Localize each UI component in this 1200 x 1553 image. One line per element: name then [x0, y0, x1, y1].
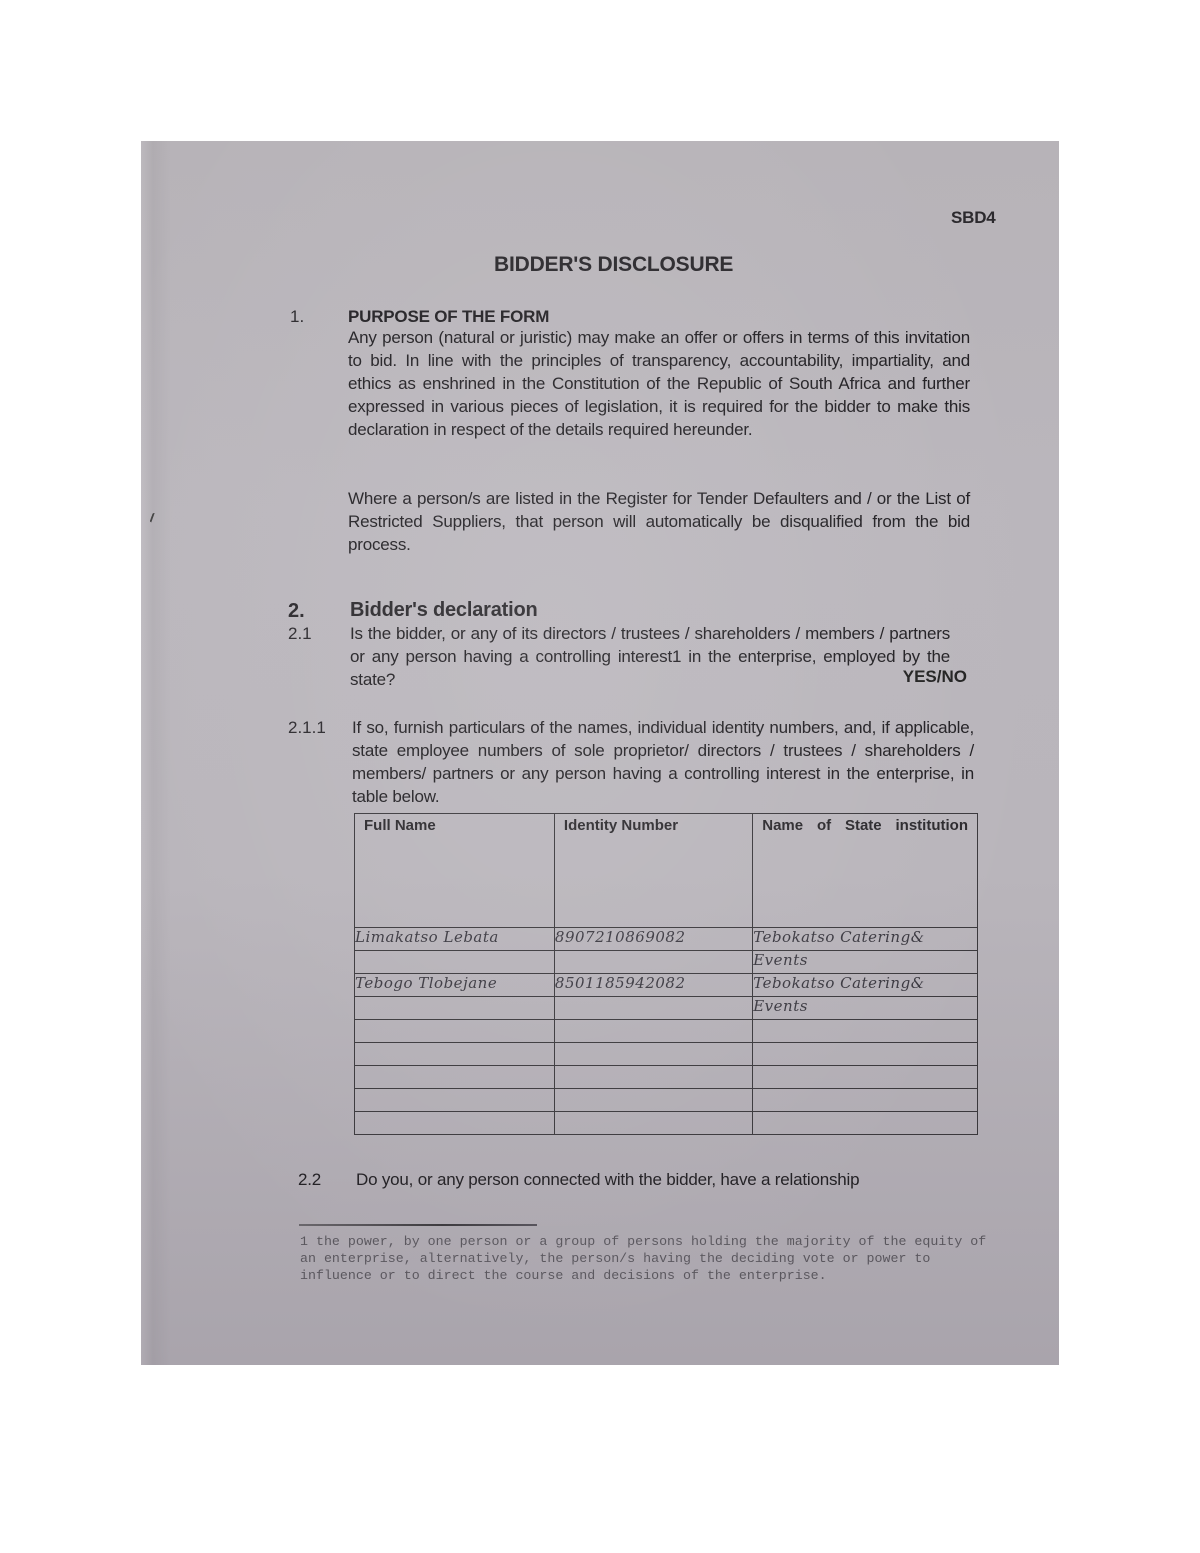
table-row: Events [355, 997, 978, 1020]
q2-2-number: 2.2 [298, 1168, 356, 1191]
header-identity-number: Identity Number [554, 814, 752, 928]
footnote: 1 the power, by one person or a group of… [300, 1233, 1000, 1284]
section-1-heading: PURPOSE OF THE FORM [348, 305, 549, 328]
table-row [355, 1043, 978, 1066]
pen-mark [149, 512, 157, 523]
cell-state-institution[interactable] [753, 1112, 978, 1135]
section-1-paragraph-2: Where a person/s are listed in the Regis… [348, 487, 970, 556]
cell-identity-number[interactable] [554, 997, 752, 1020]
q2-1-1-text: If so, furnish particulars of the names,… [352, 716, 974, 808]
state-employee-table: Full Name Identity Number Name of State … [354, 813, 978, 1135]
section-2-number: 2. [288, 600, 305, 623]
q2-2-text: Do you, or any person connected with the… [356, 1170, 859, 1189]
q2-1-text: Is the bidder, or any of its directors /… [350, 622, 950, 691]
table-row: Limakatso Lebata8907210869082Tebokatso C… [355, 928, 978, 951]
q2-1-1-number: 2.1.1 [288, 718, 326, 738]
table-row: Tebogo Tlobejane8501185942082Tebokatso C… [355, 974, 978, 997]
cell-full-name[interactable] [355, 1066, 555, 1089]
section-1-number: 1. [290, 307, 304, 327]
cell-identity-number[interactable] [554, 1066, 752, 1089]
cell-full-name[interactable] [355, 997, 555, 1020]
form-code: SBD4 [951, 206, 996, 229]
cell-identity-number[interactable] [554, 951, 752, 974]
document-title: BIDDER'S DISCLOSURE [494, 253, 733, 276]
cell-state-institution[interactable]: Events [753, 997, 978, 1020]
cell-state-institution[interactable] [753, 1020, 978, 1043]
header-state-institution: Name of State institution [753, 814, 978, 928]
table-row [355, 1066, 978, 1089]
cell-full-name[interactable] [355, 1089, 555, 1112]
table-row [355, 1089, 978, 1112]
cell-full-name[interactable] [355, 951, 555, 974]
table-row [355, 1112, 978, 1135]
cell-identity-number[interactable]: 8907210869082 [554, 928, 752, 951]
cell-state-institution[interactable] [753, 1089, 978, 1112]
yes-no-option: YES/NO [903, 667, 967, 687]
footnote-divider [299, 1224, 537, 1226]
cell-state-institution[interactable]: Tebokatso Catering& [753, 974, 978, 997]
header-full-name: Full Name [355, 814, 555, 928]
cell-state-institution[interactable] [753, 1043, 978, 1066]
cell-full-name[interactable]: Limakatso Lebata [355, 928, 555, 951]
cell-identity-number[interactable] [554, 1043, 752, 1066]
cell-identity-number[interactable]: 8501185942082 [554, 974, 752, 997]
cell-identity-number[interactable] [554, 1020, 752, 1043]
scanned-page: SBD4 BIDDER'S DISCLOSURE 1. PURPOSE OF T… [141, 141, 1059, 1365]
q2-1-number: 2.1 [288, 624, 312, 644]
q2-2: 2.2Do you, or any person connected with … [298, 1168, 859, 1191]
cell-full-name[interactable] [355, 1020, 555, 1043]
section-2-heading: Bidder's declaration [350, 599, 537, 622]
cell-identity-number[interactable] [554, 1112, 752, 1135]
cell-full-name[interactable] [355, 1043, 555, 1066]
cell-full-name[interactable]: Tebogo Tlobejane [355, 974, 555, 997]
table-row [355, 1020, 978, 1043]
cell-identity-number[interactable] [554, 1089, 752, 1112]
table-row: Events [355, 951, 978, 974]
cell-full-name[interactable] [355, 1112, 555, 1135]
table-header-row: Full Name Identity Number Name of State … [355, 814, 978, 928]
cell-state-institution[interactable] [753, 1066, 978, 1089]
cell-state-institution[interactable]: Tebokatso Catering& [753, 928, 978, 951]
section-1-paragraph-1: Any person (natural or juristic) may mak… [348, 326, 970, 441]
cell-state-institution[interactable]: Events [753, 951, 978, 974]
